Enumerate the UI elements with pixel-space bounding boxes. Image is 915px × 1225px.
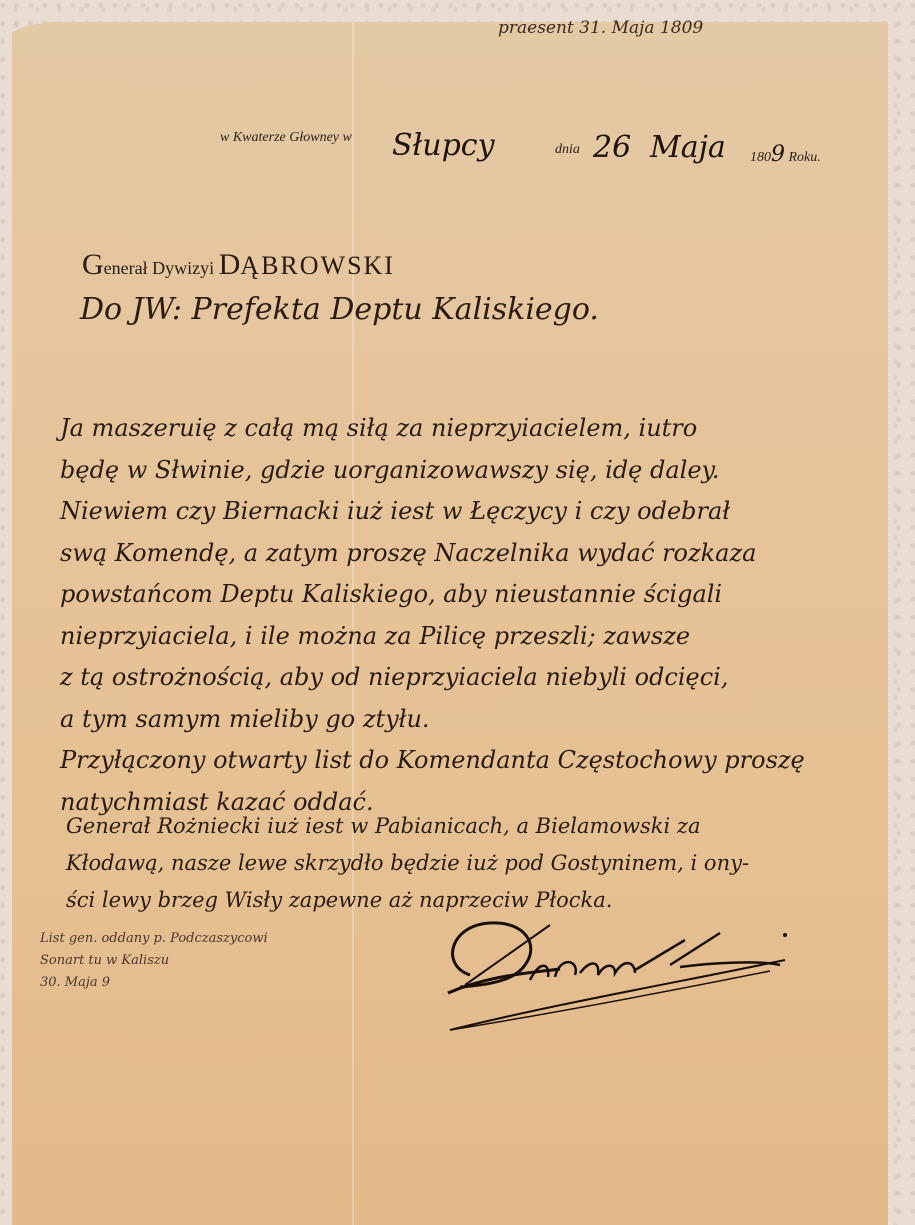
printed-dnia: dnia <box>555 142 580 158</box>
postscript: Generał Rożniecki iuż iest w Pabianicach… <box>66 808 749 919</box>
body-line: swą Komendę, a zatym proszę Naczelnika w… <box>60 533 890 575</box>
printed-roku: Roku. <box>789 150 821 165</box>
year-handwritten: 9 <box>771 142 785 167</box>
year-field: 1809 Roku. <box>750 142 821 167</box>
body-line: będę w Słwinie, gdzie uorganizowawszy si… <box>60 450 890 492</box>
addressee-line: Do JW: Prefekta Deptu Kaliskiego. <box>80 292 599 327</box>
body-line: powstańcom Deptu Kaliskiego, aby nieusta… <box>60 574 890 616</box>
place-handwritten: Słupcy <box>392 128 495 163</box>
headquarters-line: w Kwaterze Głowney w <box>220 130 352 146</box>
body-line: Przyłączony otwarty list do Komendanta C… <box>60 740 890 782</box>
postscript-line: Generał Rożniecki iuż iest w Pabianicach… <box>66 808 749 845</box>
postscript-line: Kłodawą, nasze lewe skrzydło będzie iuż … <box>66 845 749 882</box>
letter-body: Ja maszeruię z całą mą siłą za nieprzyia… <box>60 408 890 823</box>
body-line: Ja maszeruię z całą mą siłą za nieprzyia… <box>60 408 890 450</box>
body-line: z tą ostrożnością, aby od nieprzyiaciela… <box>60 657 890 699</box>
month-field: Maja <box>650 130 726 165</box>
archival-note-line: 30. Maja 9 <box>40 972 268 994</box>
body-line: Niewiem czy Biernacki iuż iest w Łęczycy… <box>60 491 890 533</box>
archival-note: List gen. oddany p. Podczaszycowi Sonart… <box>40 928 268 994</box>
body-line: a tym samym mieliby go ztyłu. <box>60 699 890 741</box>
day-field: 26 <box>593 130 631 165</box>
place-field: Słupcy <box>392 128 495 163</box>
received-note: praesent 31. Maja 1809 <box>498 18 703 38</box>
year-printed: 180 <box>750 150 771 165</box>
body-line: nieprzyiaciela, i ile można za Pilicę pr… <box>60 616 890 658</box>
letterhead-title: Generał Dywizyi DĄBROWSKI <box>82 248 395 282</box>
signature: Dąbrowski <box>430 905 810 1035</box>
archival-note-line: Sonart tu w Kaliszu <box>40 950 268 972</box>
archival-note-line: List gen. oddany p. Podczaszycowi <box>40 928 268 950</box>
printed-hq-prefix: w Kwaterze Głowney w <box>220 130 352 145</box>
